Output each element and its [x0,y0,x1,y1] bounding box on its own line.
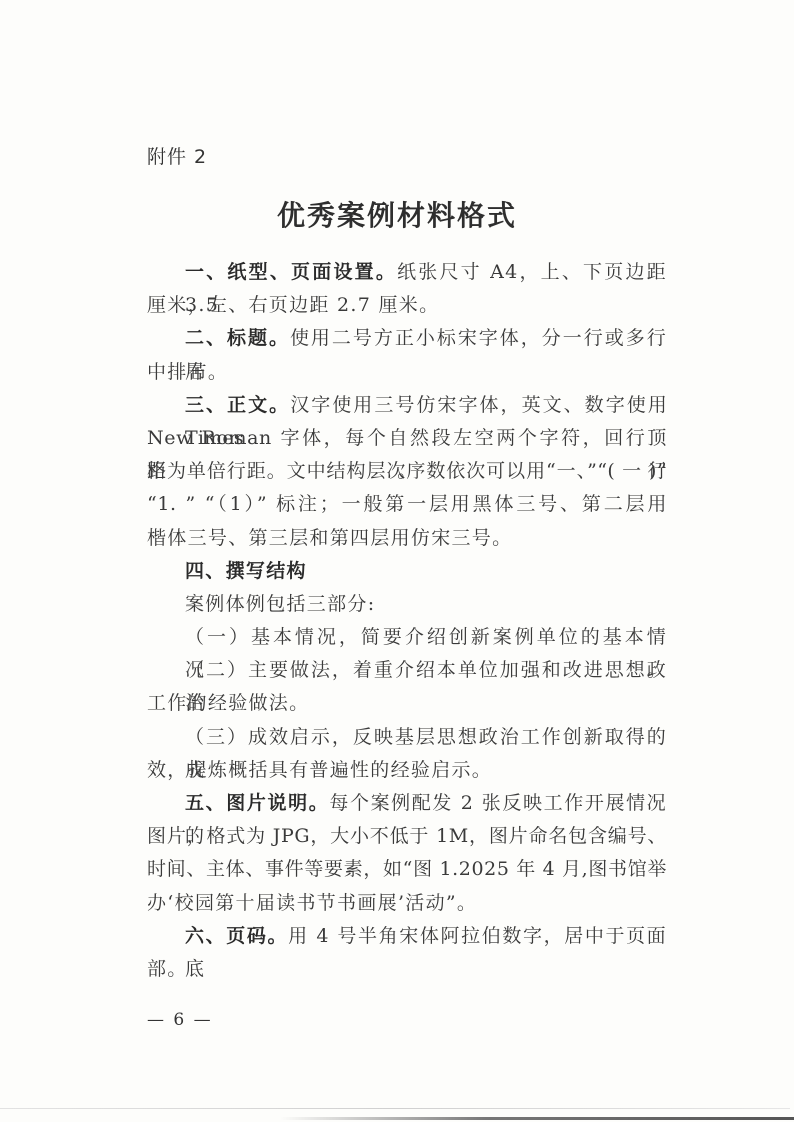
paragraph-line: 效，提炼概括具有普遍性的经验启示。 [147,754,667,787]
list-item-main-practices: （二）主要做法，着重介绍本单位加强和改进思想政治 [147,654,667,687]
section-writing-structure: 四、撰写结构 案例体例包括三部分: （一）基本情况，简要介绍创新案例单位的基本情… [147,555,667,787]
paragraph-line: “1. ” “（1）” 标注；一般第一层用黑体三号、第二层用 [147,488,667,521]
list-item-results-insights: （三）成效启示，反映基层思想政治工作创新取得的成 [147,721,667,754]
document-page: 附件 2 优秀案例材料格式 一、纸型、页面设置。纸张尺寸 A4，上、下页边距 3… [0,0,794,1122]
section-image-instructions: 五、图片说明。每个案例配发 2 张反映工作开展情况的 图片，格式为 JPG，大小… [147,787,667,920]
scan-edge-shadow [280,1117,794,1120]
attachment-label: 附件 2 [147,142,207,169]
page-number: — 6 — [147,1010,213,1030]
section-heading: 三、正文。 [185,394,290,416]
section-intro: 案例体例包括三部分: [147,588,667,621]
paragraph-line: 部。 [147,953,667,986]
paragraph-line: 楷体三号、第三层和第四层用仿宋三号。 [147,522,667,555]
paragraph-line: 办‘校园第十届读书节书画展’活动”。 [147,887,667,920]
paragraph-line: New Roman 字体，每个自然段左空两个字符，回行顶格。行 [147,422,667,455]
scan-edge-line [0,1108,790,1109]
section-body-text: 三、正文。汉字使用三号仿宋字体，英文、数字使用 Times New Roman … [147,389,667,555]
paragraph-line: 中排布。 [147,356,667,389]
paragraph-line: 厘米，左、右页边距 2.7 厘米。 [147,289,667,322]
paragraph-line: 时间、主体、事件等要素，如“图 1.2025 年 4 月,图书馆举 [147,853,667,886]
paragraph-line: 图片，格式为 JPG，大小不低于 1M，图片命名包含编号、 [147,820,667,853]
section-heading: 五、图片说明。 [185,792,329,814]
list-item-basic-situation: （一）基本情况，简要介绍创新案例单位的基本情况。 [147,621,667,654]
section-heading: 一、纸型、页面设置。 [185,261,397,283]
section-page-numbering: 六、页码。用 4 号半角宋体阿拉伯数字，居中于页面底 部。 [147,920,667,986]
section-paper-page-setup: 一、纸型、页面设置。纸张尺寸 A4，上、下页边距 3.5 厘米，左、右页边距 2… [147,256,667,322]
paragraph-line: 工作的经验做法。 [147,687,667,720]
document-body: 一、纸型、页面设置。纸张尺寸 A4，上、下页边距 3.5 厘米，左、右页边距 2… [147,256,667,986]
section-heading: 二、标题。 [185,327,290,349]
section-heading: 六、页码。 [185,925,288,947]
document-title: 优秀案例材料格式 [0,194,794,234]
section-heading: 四、撰写结构 [147,555,667,588]
section-title-format: 二、标题。使用二号方正小标宋字体，分一行或多行居 中排布。 [147,322,667,388]
paragraph-line: 距为单倍行距。文中结构层次序数依次可以用“一、”“( 一 )” [147,455,667,488]
